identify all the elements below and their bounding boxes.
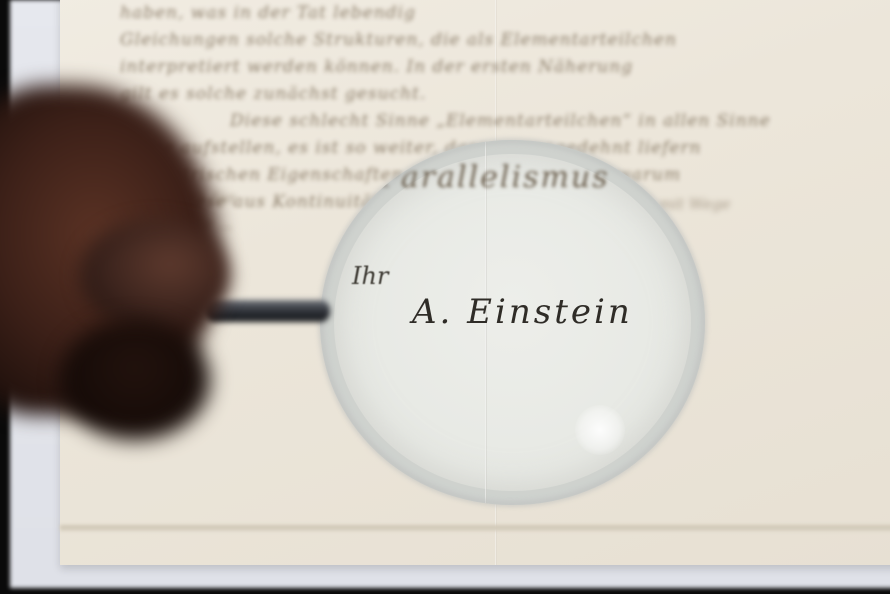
- photo-description: A hand holds a magnifying glass over a h…: [0, 0, 1, 1]
- letter-line: haben, was in der Tat lebendig: [120, 0, 840, 27]
- letter-line: Gleichungen solche Strukturen, die als E…: [120, 27, 840, 54]
- letter-right-text: ... mit Wege: [640, 195, 840, 213]
- magnifying-glass-handle: [205, 300, 330, 322]
- photo-scene: haben, was in der Tat lebendig Gleichung…: [0, 0, 890, 594]
- index-finger: [80, 220, 230, 330]
- magnifying-glass-rim: [318, 138, 707, 507]
- letter-bottom-edge: [60, 525, 890, 531]
- letter-line: gilt es solche zunächst gesucht.: [120, 81, 840, 108]
- thumb: [60, 320, 210, 440]
- letter-line: Diese schlecht Sinne „Elementarteilchen“…: [120, 108, 840, 135]
- letter-line: interpretiert werden können. In der erst…: [120, 54, 840, 81]
